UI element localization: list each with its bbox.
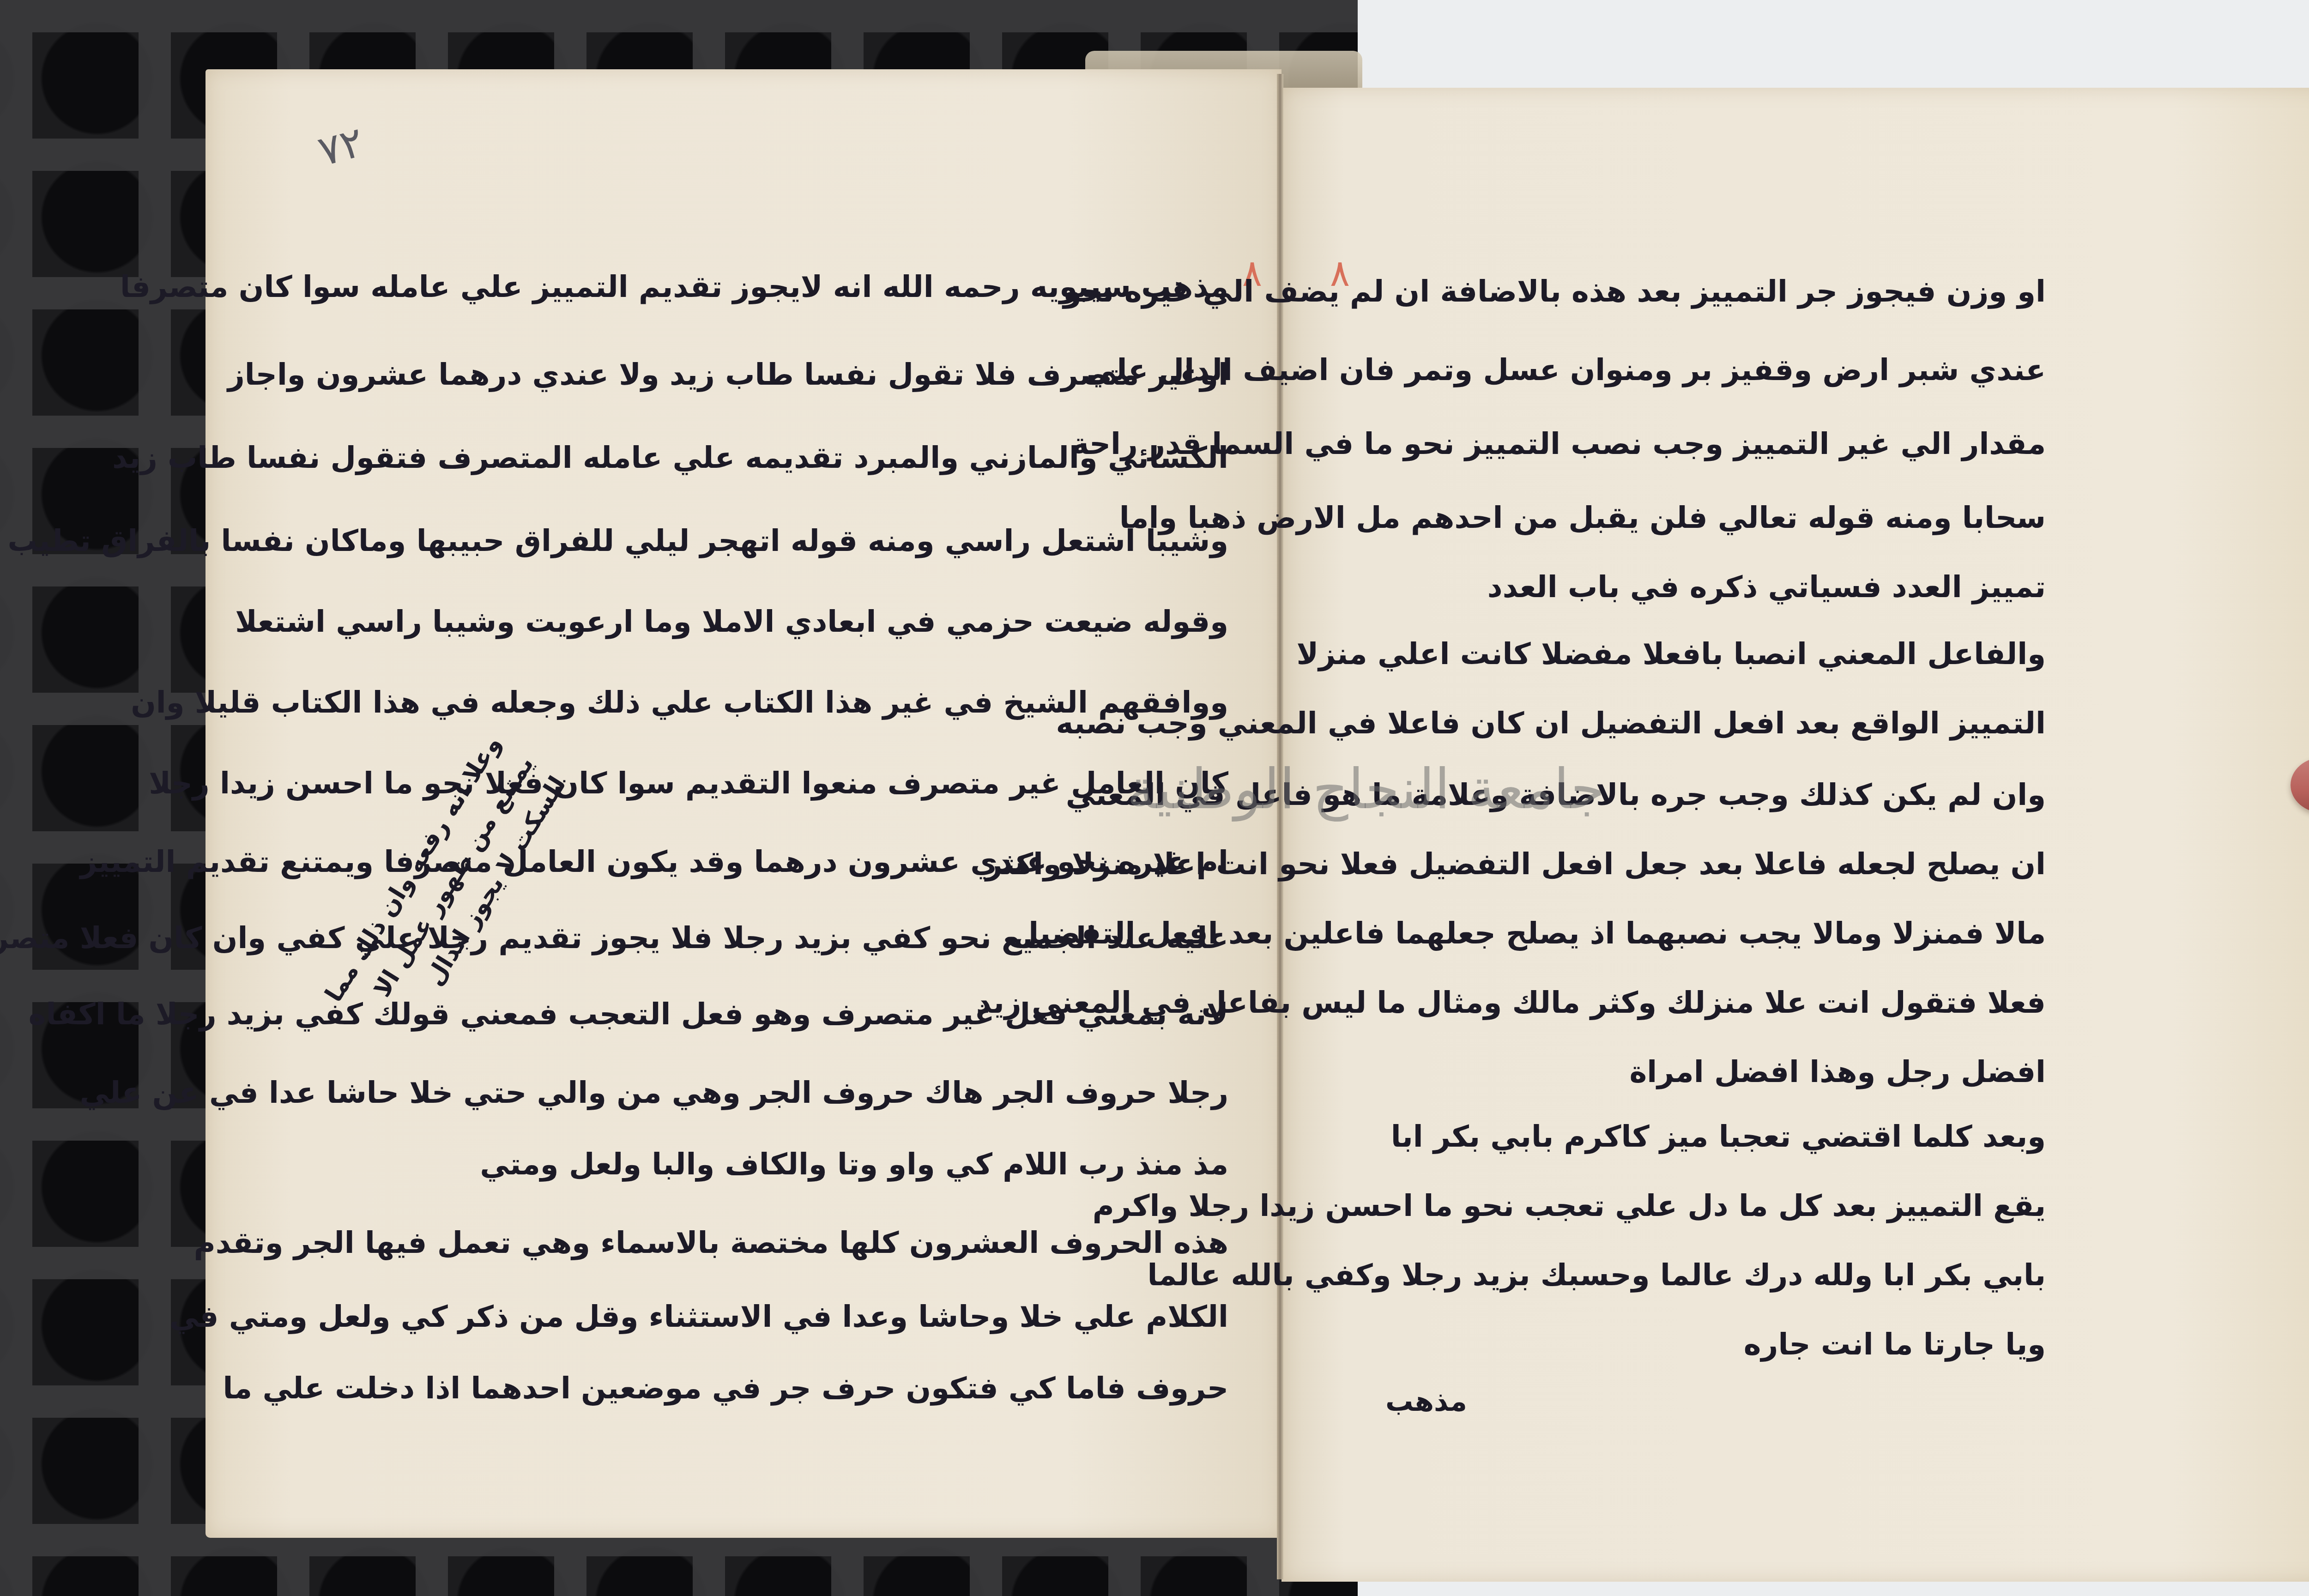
text-line: عندي شبر ارض وقفيز بر ومنوان عسل وتمر فا… bbox=[1086, 356, 2046, 385]
text-line: فعلا فتقول انت علا منزلك وكثر مالك ومثال… bbox=[976, 988, 2046, 1018]
text-line: التمييز الواقع بعد افعل التفضيل ان كان ف… bbox=[1056, 709, 2046, 738]
rubric-verse-line: والفاعل المعني انصبا بافعلا مفضلا كانت ا… bbox=[1296, 640, 2046, 669]
text-line: مقدار الي غير التمييز وجب نصب التمييز نح… bbox=[1071, 429, 2046, 459]
text-line: ان يصلح لجعله فاعلا بعد جعل افعل التفضيل… bbox=[985, 850, 2046, 879]
catchword: مذهب bbox=[1385, 1385, 1467, 1418]
text-line: افضل رجل وهذا افضل امراة bbox=[1630, 1058, 2046, 1087]
text-line: سحابا ومنه قوله تعالي فلن يقبل من احدهم … bbox=[1119, 503, 2046, 533]
rubric-verse-line: وبعد كلما اقتضي تعجبا ميز كاكرم بابي بكر… bbox=[1391, 1122, 2046, 1152]
text-line: بابي بكر ابا ولله درك عالما وحسبك بزيد ر… bbox=[1147, 1261, 2046, 1290]
text-line: مالا فمنزلا ومالا يجب نصبهما اذ يصلح جعل… bbox=[1013, 919, 2046, 949]
text-line: او وزن فيجوز جر التمييز بعد هذه بالاضافة… bbox=[1063, 277, 2046, 307]
watermark: جامعة النجاح الوطنية bbox=[1127, 757, 1605, 822]
text-line: يقع التمييز بعد كل ما دل علي تعجب نحو ما… bbox=[1093, 1191, 2046, 1221]
text-line: ويا جارتا ما انت جاره bbox=[1744, 1330, 2046, 1360]
text-line: تمييز العدد فسياتي ذكره في باب العدد bbox=[1487, 573, 2046, 602]
